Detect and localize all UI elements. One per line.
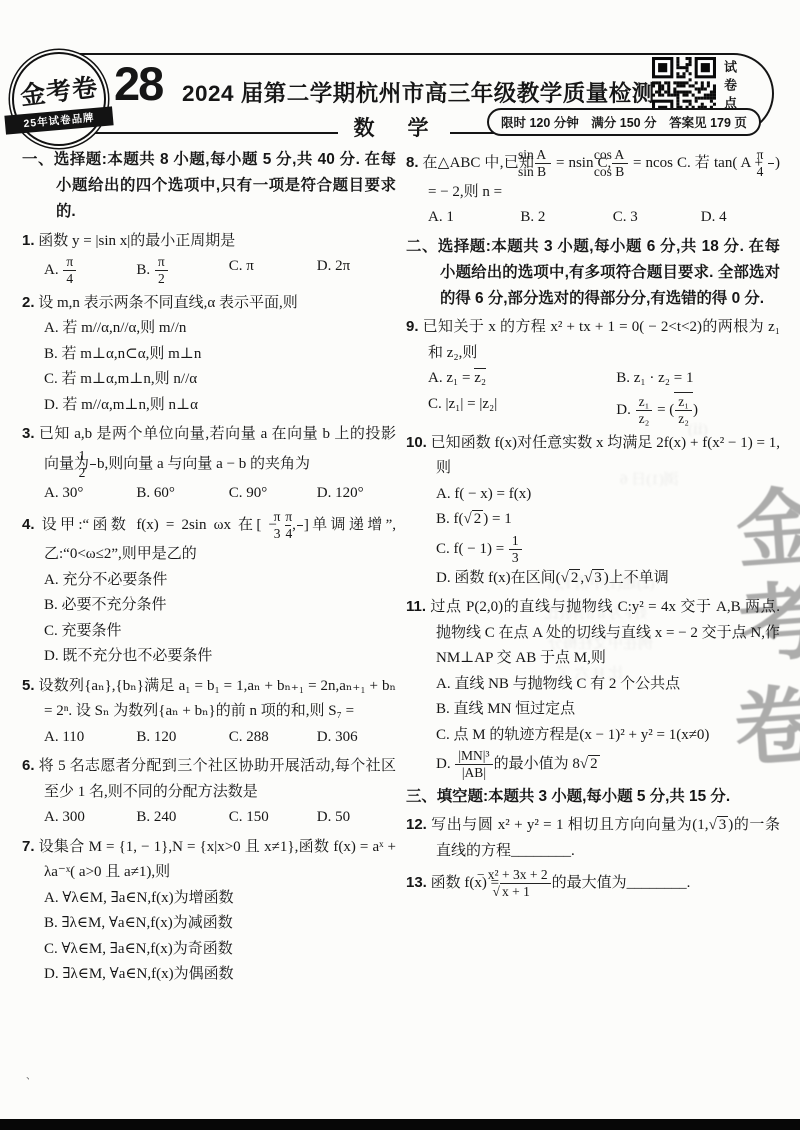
question-number: 12.: [406, 816, 427, 833]
issue-number: 28: [114, 56, 162, 111]
options-row: A. 直线 NB 与抛物线 C 有 2 个公共点B. 直线 MN 恒过定点C. …: [406, 672, 780, 781]
option: B. 240: [136, 805, 228, 831]
option: A. 300: [44, 805, 136, 831]
option: C. 点 M 的轨迹方程是(x − 1)² + y² = 1(x≠0): [436, 723, 780, 749]
option: C. 充要条件: [44, 619, 396, 645]
section-heading: 三、填空题:本题共 3 小题,每小题 5 分,共 15 分.: [406, 784, 780, 810]
option: C. 288: [229, 725, 317, 751]
question-stem: 9. 已知关于 x 的方程 x² + tx + 1 = 0( − 2<t<2)的…: [406, 314, 780, 366]
question-2: 2. 设 m,n 表示两条不同直线,α 表示平面,则A. 若 m//α,n//α…: [22, 290, 396, 419]
options-row: A. 充分不必要条件B. 必要不充分条件C. 充要条件D. 既不充分也不必要条件: [22, 568, 396, 670]
question-stem: 13. 函数 f(x) = − x² + 3x + 2√x + 1的最大值为__…: [406, 867, 780, 900]
brand-logo: 金考卷 25年试卷品牌: [12, 52, 106, 146]
question-stem: 11. 过点 P(2,0)的直线与抛物线 C:y² = 4x 交于 A,B 两点…: [406, 594, 780, 672]
question-number: 5.: [22, 677, 35, 694]
options-row: A. 300B. 240C. 150D. 50: [22, 805, 396, 831]
option: A. 直线 NB 与抛物线 C 有 2 个公共点: [436, 672, 780, 698]
question-number: 10.: [406, 434, 427, 451]
option: D. 既不充分也不必要条件: [44, 644, 396, 670]
option: A. 1: [428, 205, 520, 231]
question-number: 11.: [406, 598, 426, 615]
question-number: 1.: [22, 232, 35, 249]
options-row: A. 1B. 2C. 3D. 4: [406, 205, 780, 231]
exam-paper-page: 金考卷 25年试卷品牌 28 2024 届第二学期杭州市高三年级教学质量检测 试…: [0, 0, 800, 1130]
question-number: 9.: [406, 318, 419, 335]
option: B. 60°: [136, 481, 228, 507]
options-row: A. 30°B. 60°C. 90°D. 120°: [22, 481, 396, 507]
left-column: 一、选择题:本题共 8 小题,每小题 5 分,共 40 分. 在每小题给出的四个…: [22, 147, 396, 1118]
option: C. 90°: [229, 481, 317, 507]
question-stem: 12. 写出与圆 x² + y² = 1 相切且方向向量为(1,√3)的一条直线…: [406, 812, 780, 864]
question-stem: 5. 设数列{aₙ},{bₙ}满足 a₁ = b₁ = 1,aₙ + bₙ₊₁ …: [22, 673, 396, 725]
question-3: 3. 已知 a,b 是两个单位向量,若向量 a 在向量 b 上的投影向量为12b…: [22, 421, 396, 506]
options-row: A. ∀λ∈M, ∃a∈N,f(x)为增函数B. ∃λ∈M, ∀a∈N,f(x)…: [22, 886, 396, 988]
question-1: 1. 函数 y = |sin x|的最小正周期是A. π4B. π2C. πD.…: [22, 228, 396, 287]
question-4: 4. 设甲:“函数 f(x) = 2sin ωx 在[ − π3,π4]单调递增…: [22, 509, 396, 669]
option: A. 30°: [44, 481, 136, 507]
option: D. 306: [317, 725, 396, 751]
option: B. ∃λ∈M, ∀a∈N,f(x)为减函数: [44, 911, 396, 937]
option: C. ∀λ∈M, ∃a∈N,f(x)为奇函数: [44, 937, 396, 963]
question-number: 4.: [22, 516, 35, 533]
question-stem: 1. 函数 y = |sin x|的最小正周期是: [22, 228, 396, 255]
options-row: A. f( − x) = f(x)B. f(√2) = 1C. f( − 1) …: [406, 482, 780, 591]
question-number: 3.: [22, 425, 35, 442]
question-11: 11. 过点 P(2,0)的直线与抛物线 C:y² = 4x 交于 A,B 两点…: [406, 594, 780, 781]
option: C. 若 m⊥α,m⊥n,则 n//α: [44, 367, 396, 393]
option: D. 4: [701, 205, 780, 231]
question-5: 5. 设数列{aₙ},{bₙ}满足 a₁ = b₁ = 1,aₙ + bₙ₊₁ …: [22, 673, 396, 751]
option: A. ∀λ∈M, ∃a∈N,f(x)为增函数: [44, 886, 396, 912]
question-12: 12. 写出与圆 x² + y² = 1 相切且方向向量为(1,√3)的一条直线…: [406, 812, 780, 864]
option: A. 110: [44, 725, 136, 751]
section-heading: 二、选择题:本题共 3 小题,每小题 6 分,共 18 分. 在每小题给出的选项…: [406, 234, 780, 313]
question-8: 8. 在△ABC 中,已知sin Asin B = nsin C,cos Aco…: [406, 147, 780, 231]
question-7: 7. 设集合 M = {1, − 1},N = {x|x>0 且 x≠1},函数…: [22, 834, 396, 988]
section-heading: 一、选择题:本题共 8 小题,每小题 5 分,共 40 分. 在每小题给出的四个…: [22, 147, 396, 226]
question-number: 2.: [22, 294, 35, 311]
option: C. 150: [229, 805, 317, 831]
right-column: 8. 在△ABC 中,已知sin Asin B = nsin C,cos Aco…: [406, 147, 780, 1118]
question-stem: 10. 已知函数 f(x)对任意实数 x 均满足 2f(x) + f(x² − …: [406, 430, 780, 482]
question-number: 8.: [406, 154, 419, 171]
question-stem: 2. 设 m,n 表示两条不同直线,α 表示平面,则: [22, 290, 396, 317]
option: B. 直线 MN 恒过定点: [436, 697, 780, 723]
option: A. z₁ = z₂: [428, 366, 616, 392]
option: D. ∃λ∈M, ∀a∈N,f(x)为偶函数: [44, 962, 396, 988]
exam-info-pill: 限时 120 分钟 满分 150 分 答案见 179 页: [487, 108, 761, 136]
question-6: 6. 将 5 名志愿者分配到三个社区协助开展活动,每个社区至少 1 名,则不同的…: [22, 753, 396, 831]
option: B. 2: [520, 205, 612, 231]
option: D. |MN|³|AB|的最小值为 8√2: [436, 748, 780, 781]
question-stem: 7. 设集合 M = {1, − 1},N = {x|x>0 且 x≠1},函数…: [22, 834, 396, 886]
options-row: A. 110B. 120C. 288D. 306: [22, 725, 396, 751]
question-number: 13.: [406, 874, 427, 891]
option: D. 50: [317, 805, 396, 831]
option: C. f( − 1) = 13: [436, 533, 780, 566]
option: D. 120°: [317, 481, 396, 507]
option: D. 若 m//α,m⊥n,则 n⊥α: [44, 393, 396, 419]
question-stem: 8. 在△ABC 中,已知sin Asin B = nsin C,cos Aco…: [406, 147, 780, 205]
question-stem: 6. 将 5 名志愿者分配到三个社区协助开展活动,每个社区至少 1 名,则不同的…: [22, 753, 396, 805]
question-10: 10. 已知函数 f(x)对任意实数 x 均满足 2f(x) + f(x² − …: [406, 430, 780, 591]
option: A. 若 m//α,n//α,则 m//n: [44, 316, 396, 342]
option: C. 3: [613, 205, 701, 231]
option: C. π: [229, 254, 317, 287]
option: B. 必要不充分条件: [44, 593, 396, 619]
option: A. π4: [44, 254, 136, 287]
subject-title: 数 学: [338, 112, 450, 142]
question-number: 7.: [22, 838, 35, 855]
option: D. 函数 f(x)在区间(√2,√3)上不单调: [436, 566, 780, 592]
question-stem: 4. 设甲:“函数 f(x) = 2sin ωx 在[ − π3,π4]单调递增…: [22, 509, 396, 567]
question-number: 6.: [22, 757, 35, 774]
option: B. 若 m⊥α,n⊂α,则 m⊥n: [44, 342, 396, 368]
scan-artifact: 、: [26, 1067, 36, 1082]
question-13: 13. 函数 f(x) = − x² + 3x + 2√x + 1的最大值为__…: [406, 867, 780, 900]
question-stem: 3. 已知 a,b 是两个单位向量,若向量 a 在向量 b 上的投影向量为12b…: [22, 421, 396, 480]
option: B. π2: [136, 254, 228, 287]
options-row: A. z₁ = z₂B. z₁ · z₂ = 1C. |z₁| = |z₂|D.…: [406, 366, 780, 426]
header: 金考卷 25年试卷品牌 28 2024 届第二学期杭州市高三年级教学质量检测 试…: [0, 0, 800, 146]
option: B. 120: [136, 725, 228, 751]
question-9: 9. 已知关于 x 的方程 x² + tx + 1 = 0( − 2<t<2)的…: [406, 314, 780, 426]
options-row: A. 若 m//α,n//α,则 m//nB. 若 m⊥α,n⊂α,则 m⊥nC…: [22, 316, 396, 418]
option: B. f(√2) = 1: [436, 507, 780, 533]
scan-edge-bar: [0, 1119, 800, 1130]
option: B. z₁ · z₂ = 1: [616, 366, 780, 392]
option: D. z₁z₂ = (z₁z₂): [616, 392, 780, 427]
option: A. f( − x) = f(x): [436, 482, 780, 508]
paper-title: 2024 届第二学期杭州市高三年级教学质量检测: [182, 76, 642, 108]
option: A. 充分不必要条件: [44, 568, 396, 594]
option: C. |z₁| = |z₂|: [428, 392, 616, 427]
options-row: A. π4B. π2C. πD. 2π: [22, 254, 396, 287]
option: D. 2π: [317, 254, 396, 287]
